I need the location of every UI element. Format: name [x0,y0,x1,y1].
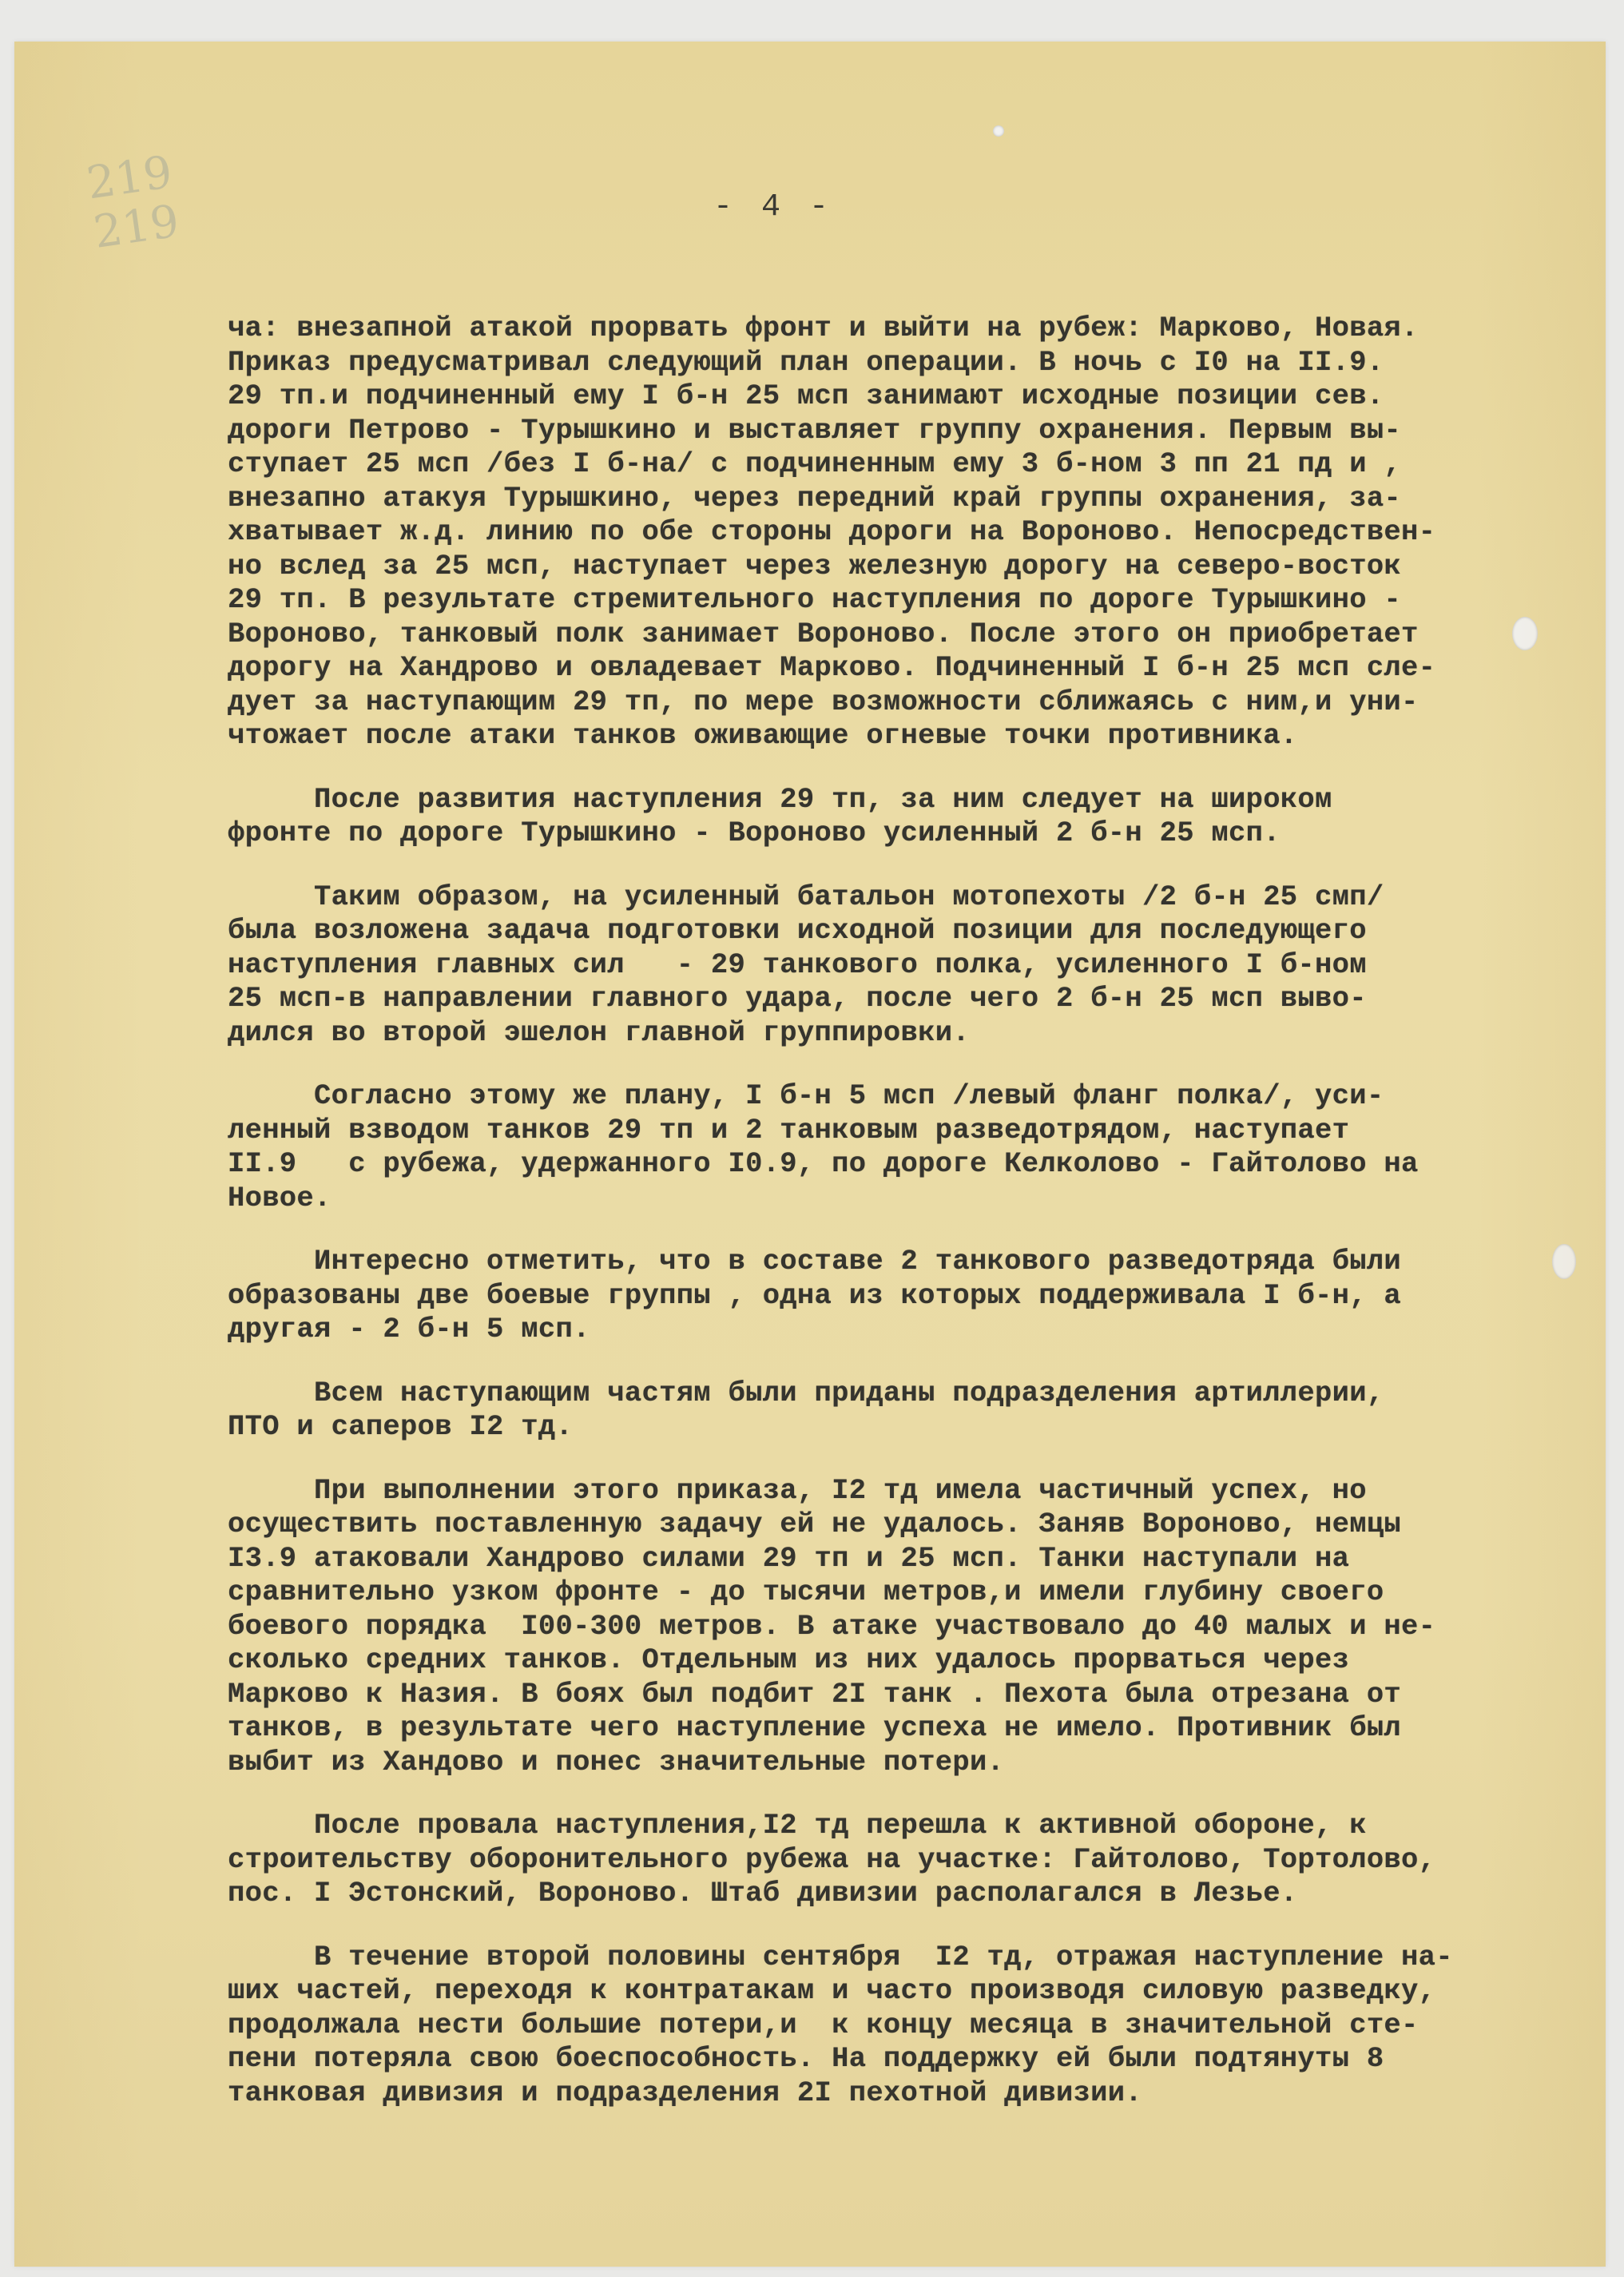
text-line: При выполнении этого приказа, I2 тд имел… [228,1474,1586,1508]
text-line: II.9 с рубежа, удержанного I0.9, по доро… [228,1147,1586,1182]
text-line: дует за наступающим 29 тп, по мере возмо… [228,685,1586,720]
text-line: но вслед за 25 мсп, наступает через желе… [228,550,1586,584]
paragraph: Интересно отметить, что в составе 2 танк… [228,1245,1586,1347]
text-line: пос. I Эстонский, Вороново. Штаб дивизии… [228,1877,1586,1911]
text-line: Новое. [228,1182,1586,1216]
text-line: дорогу на Хандрово и овладевает Марково.… [228,651,1586,685]
text-line: дороги Петрово - Турышкино и выставляет … [228,414,1586,448]
text-line: танков, в результате чего наступление ус… [228,1711,1586,1746]
document-body: ча: внезапной атакой прорвать фронт и вы… [228,312,1586,2140]
paragraph: Всем наступающим частям были приданы под… [228,1377,1586,1444]
text-line: После развития наступления 29 тп, за ним… [228,783,1586,817]
text-line: внезапно атакуя Турышкино, через передни… [228,482,1586,516]
text-line: Всем наступающим частям были приданы под… [228,1377,1586,1411]
text-line: I3.9 атаковали Хандрово силами 29 тп и 2… [228,1542,1586,1576]
text-line: осуществить поставленную задачу ей не уд… [228,1508,1586,1542]
text-line: сравнительно узком фронте - до тысячи ме… [228,1576,1586,1610]
text-line: 29 тп. В результате стремительного насту… [228,583,1586,618]
text-line: ших частей, переходя к контратакам и час… [228,1974,1586,2009]
paragraph: При выполнении этого приказа, I2 тд имел… [228,1474,1586,1780]
text-line: Приказ предусматривал следующий план опе… [228,346,1586,380]
page-number: - 4 - [14,189,1532,225]
text-line: Интересно отметить, что в составе 2 танк… [228,1245,1586,1279]
text-line: Таким образом, на усиленный батальон мот… [228,880,1586,915]
paragraph: В течение второй половины сентября I2 тд… [228,1941,1586,2111]
text-line: После провала наступления,I2 тд перешла … [228,1809,1586,1843]
text-line: другая - 2 б-н 5 мсп. [228,1313,1586,1347]
text-line: 25 мсп-в направлении главного удара, пос… [228,982,1586,1016]
paragraph: Таким образом, на усиленный батальон мот… [228,880,1586,1051]
text-line: Вороново, танковый полк занимает Воронов… [228,618,1586,652]
text-line: 29 тп.и подчиненный ему I б-н 25 мсп зан… [228,379,1586,414]
text-line: В течение второй половины сентября I2 тд… [228,1941,1586,1975]
text-line: хватывает ж.д. линию по обе стороны доро… [228,515,1586,550]
paragraph: Согласно этому же плану, I б-н 5 мсп /ле… [228,1079,1586,1215]
paragraph: ча: внезапной атакой прорвать фронт и вы… [228,312,1586,753]
text-line: ча: внезапной атакой прорвать фронт и вы… [228,312,1586,346]
text-line: чтожает после атаки танков оживающие огн… [228,719,1586,753]
text-line: образованы две боевые группы , одна из к… [228,1279,1586,1313]
text-line: ступает 25 мсп /без I б-на/ с подчиненны… [228,447,1586,482]
text-line: строительству оборонительного рубежа на … [228,1843,1586,1878]
text-line: пени потеряла свою боеспособность. На по… [228,2042,1586,2076]
text-line: боевого порядка I00-300 метров. В атаке … [228,1610,1586,1644]
text-line: сколько средних танков. Отдельным из них… [228,1643,1586,1678]
text-line: продолжала нести большие потери,и к конц… [228,2009,1586,2043]
text-line: выбит из Хандово и понес значительные по… [228,1746,1586,1780]
text-line: дился во второй эшелон главной группиров… [228,1016,1586,1051]
paragraph: После развития наступления 29 тп, за ним… [228,783,1586,851]
text-line: ПТО и саперов I2 тд. [228,1410,1586,1444]
text-line: наступления главных сил - 29 танкового п… [228,948,1586,983]
text-line: Согласно этому же плану, I б-н 5 мсп /ле… [228,1079,1586,1114]
paragraph: После провала наступления,I2 тд перешла … [228,1809,1586,1911]
text-line: ленный взводом танков 29 тп и 2 танковым… [228,1114,1586,1148]
text-line: была возложена задача подготовки исходно… [228,914,1586,948]
text-line: фронте по дороге Турышкино - Вороново ус… [228,817,1586,851]
text-line: танковая дивизия и подразделения 2I пехо… [228,2076,1586,2111]
punch-hole [993,125,1004,137]
text-line: Марково к Назия. В боях был подбит 2I та… [228,1678,1586,1712]
